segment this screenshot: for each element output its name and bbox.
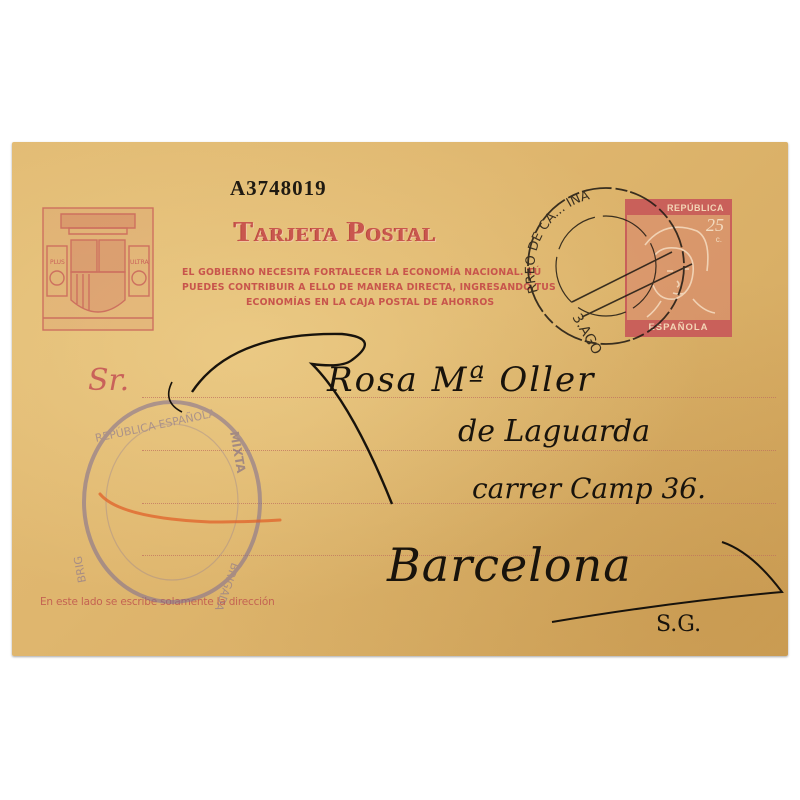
censor-mark: REPÚBLICA ESPAÑOLA MIXTA BRIGADA BRIG [71, 402, 260, 613]
postcard: PLUS ULTRA A3748019 Tarjeta Postal EL GO… [12, 142, 788, 656]
recipient-name: Rosa Mª Oller [327, 360, 595, 400]
red-pencil-stroke [100, 494, 280, 522]
salutation-glyph: Sr. [88, 363, 129, 398]
address-line-3: carrer Camp 36. [472, 472, 706, 505]
postmark: RREO DE CA... INA 3.AGO [523, 188, 692, 358]
address-suffix: S.G. [656, 612, 701, 637]
svg-text:BRIG: BRIG [71, 555, 88, 584]
address-line-2: de Laguarda [458, 414, 650, 449]
svg-text:MIXTA: MIXTA [227, 430, 248, 475]
address-city: Barcelona [387, 538, 632, 592]
svg-text:3.AGO: 3.AGO [569, 311, 605, 358]
